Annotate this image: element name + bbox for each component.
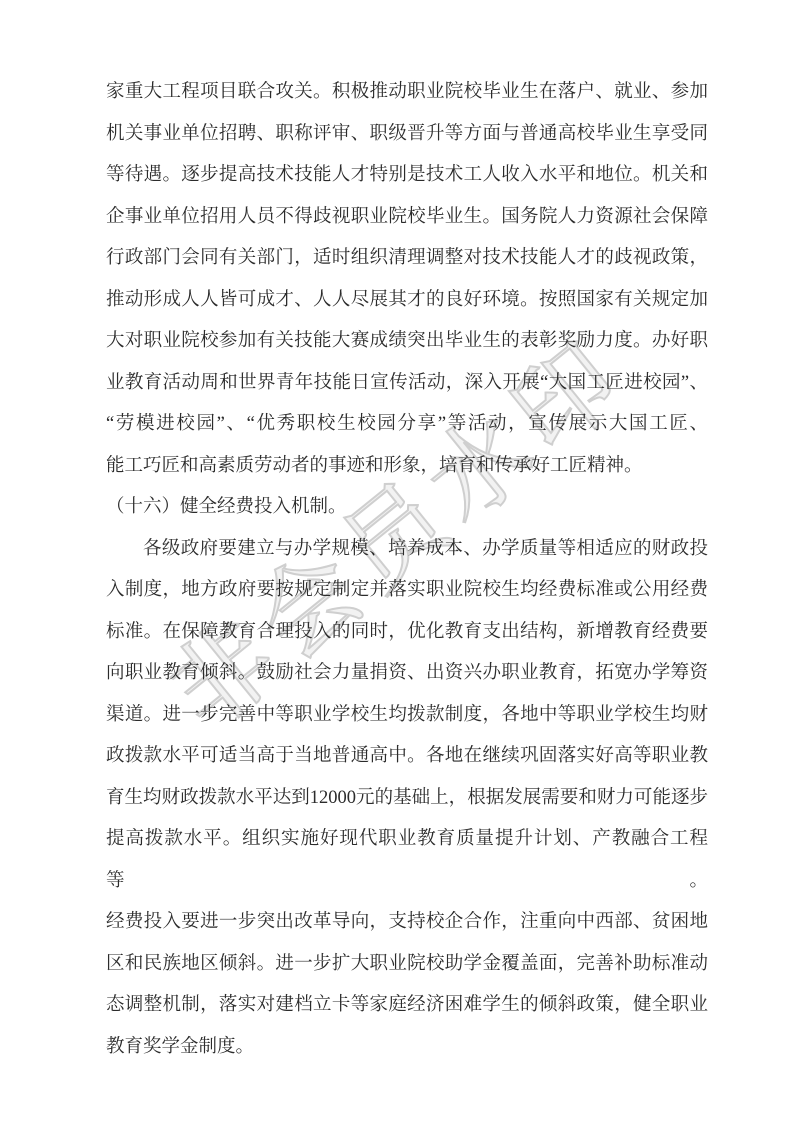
paragraph-section-heading: （十六）健全经费投入机制。 xyxy=(106,487,708,529)
text-line: 态调整机制，落实对建档立卡等家庭经济困难学生的倾斜政策，健全职业 xyxy=(106,985,708,1027)
text-line: 标准。在保障教育合理投入的同时，优化教育支出结构，新增教育经费要 xyxy=(106,612,708,654)
text-line: 渠道。进一步完善中等职业学校生均拨款制度，各地中等职业学校生均财 xyxy=(106,695,708,737)
text-line: 经费投入要进一步突出改革导向，支持校企合作，注重向中西部、贫困地 xyxy=(106,902,708,944)
text-line: “劳模进校园”、“优秀职校生校园分享”等活动，宣传展示大国工匠、 xyxy=(106,404,708,446)
document-text-block: 家重大工程项目联合攻关。积极推动职业院校毕业生在落户、就业、参加机关事业单位招聘… xyxy=(106,72,708,1068)
text-line: 企事业单位招用人员不得歧视职业院校毕业生。国务院人力资源社会保障 xyxy=(106,197,708,239)
text-line: 区和民族地区倾斜。进一步扩大职业院校助学金覆盖面，完善补助标准动 xyxy=(106,944,708,986)
text-line: 能工巧匠和高素质劳动者的事迹和形象，培育和传承好工匠精神。 xyxy=(106,446,708,488)
text-line: 育生均财政拨款水平达到12000元的基础上，根据发展需要和财力可能逐步 xyxy=(106,778,708,820)
text-line: 向职业教育倾斜。鼓励社会力量捐资、出资兴办职业教育，拓宽办学筹资 xyxy=(106,653,708,695)
text-line: 推动形成人人皆可成才、人人尽展其才的良好环境。按照国家有关规定加 xyxy=(106,280,708,322)
paragraph-funding-body: 各级政府要建立与办学规模、培养成本、办学质量等相适应的财政投入制度，地方政府要按… xyxy=(106,529,708,1069)
text-line: 教育奖学金制度。 xyxy=(106,1027,708,1069)
text-line: 等待遇。逐步提高技术技能人才特别是技术工人收入水平和地位。机关和 xyxy=(106,155,708,197)
text-line: 政拨款水平可适当高于当地普通高中。各地在继续巩固落实好高等职业教 xyxy=(106,736,708,778)
text-line: 各级政府要建立与办学规模、培养成本、办学质量等相适应的财政投 xyxy=(106,529,708,571)
text-line: 业教育活动周和世界青年技能日宣传活动，深入开展“大国工匠进校园”、 xyxy=(106,363,708,405)
text-line: 提高拨款水平。组织实施好现代职业教育质量提升计划、产教融合工程等。 xyxy=(106,819,708,902)
text-line: 大对职业院校参加有关技能大赛成绩突出毕业生的表彰奖励力度。办好职 xyxy=(106,321,708,363)
text-line: （十六）健全经费投入机制。 xyxy=(106,487,708,529)
document-page: 非会员水印 家重大工程项目联合攻关。积极推动职业院校毕业生在落户、就业、参加机关… xyxy=(0,0,794,1123)
text-line: 家重大工程项目联合攻关。积极推动职业院校毕业生在落户、就业、参加 xyxy=(106,72,708,114)
text-line: 机关事业单位招聘、职称评审、职级晋升等方面与普通高校毕业生享受同 xyxy=(106,114,708,156)
text-line: 入制度，地方政府要按规定制定并落实职业院校生均经费标准或公用经费 xyxy=(106,570,708,612)
paragraph-continuation: 家重大工程项目联合攻关。积极推动职业院校毕业生在落户、就业、参加机关事业单位招聘… xyxy=(106,72,708,487)
text-line: 行政部门会同有关部门，适时组织清理调整对技术技能人才的歧视政策， xyxy=(106,238,708,280)
